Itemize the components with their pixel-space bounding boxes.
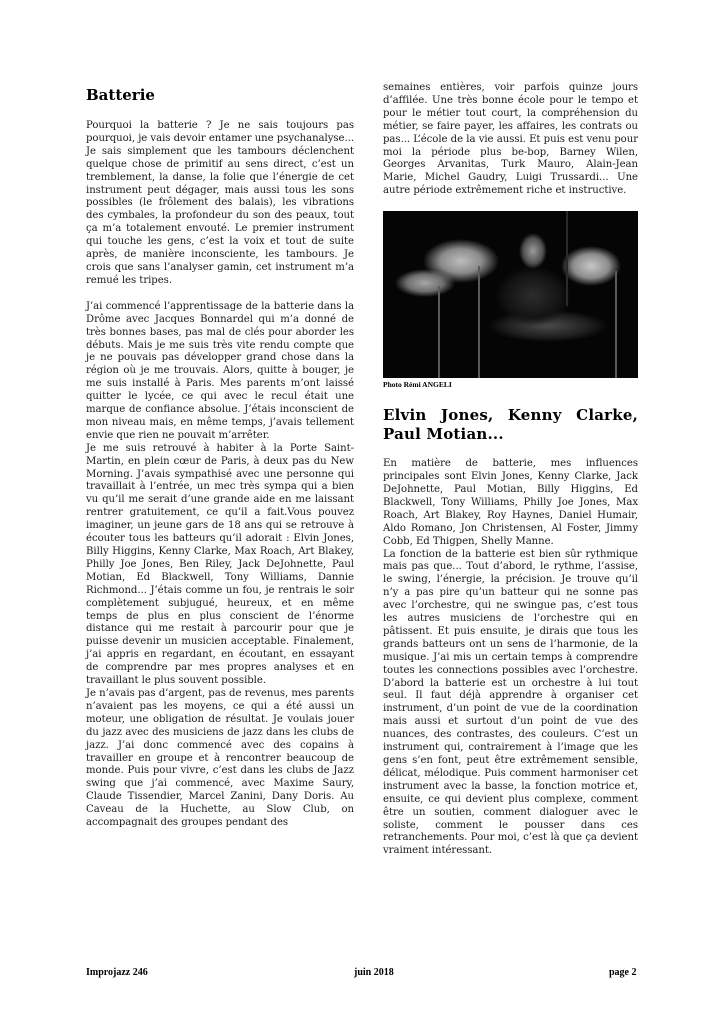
photo-caption: Photo Rémi ANGELI <box>383 380 638 389</box>
footer-date: juin 2018 <box>354 967 394 978</box>
cymbal-stand <box>438 286 440 378</box>
section-heading-batterie: Batterie <box>86 86 354 104</box>
magazine-page: Batterie Pourquoi la batterie ? Je ne sa… <box>0 0 724 1023</box>
right-column: semaines entières, voir parfois quinze j… <box>383 82 638 858</box>
paragraph: semaines entières, voir parfois quinze j… <box>383 82 638 198</box>
paragraph: En matière de batterie, mes influences p… <box>383 458 638 548</box>
section-heading-influences: Elvin Jones, Kenny Clarke, Paul Motian..… <box>383 406 638 444</box>
drummer-photo <box>383 211 638 378</box>
left-column: Batterie Pourquoi la batterie ? Je ne sa… <box>86 86 354 830</box>
footer-publication: Improjazz 246 <box>86 967 148 978</box>
paragraph: Je me suis retrouvé à habiter à la Porte… <box>86 443 354 688</box>
footer-page-number: page 2 <box>609 967 637 978</box>
mic-stand <box>566 211 568 306</box>
paragraph: J’ai commencé l’apprentissage de la batt… <box>86 301 354 443</box>
paragraph: Je n’avais pas d’argent, pas de revenus,… <box>86 688 354 830</box>
cymbal-stand <box>615 271 617 378</box>
paragraph: La fonction de la batterie est bien sûr … <box>383 549 638 859</box>
paragraph: Pourquoi la batterie ? Je ne sais toujou… <box>86 120 354 288</box>
cymbal-stand <box>478 266 480 378</box>
